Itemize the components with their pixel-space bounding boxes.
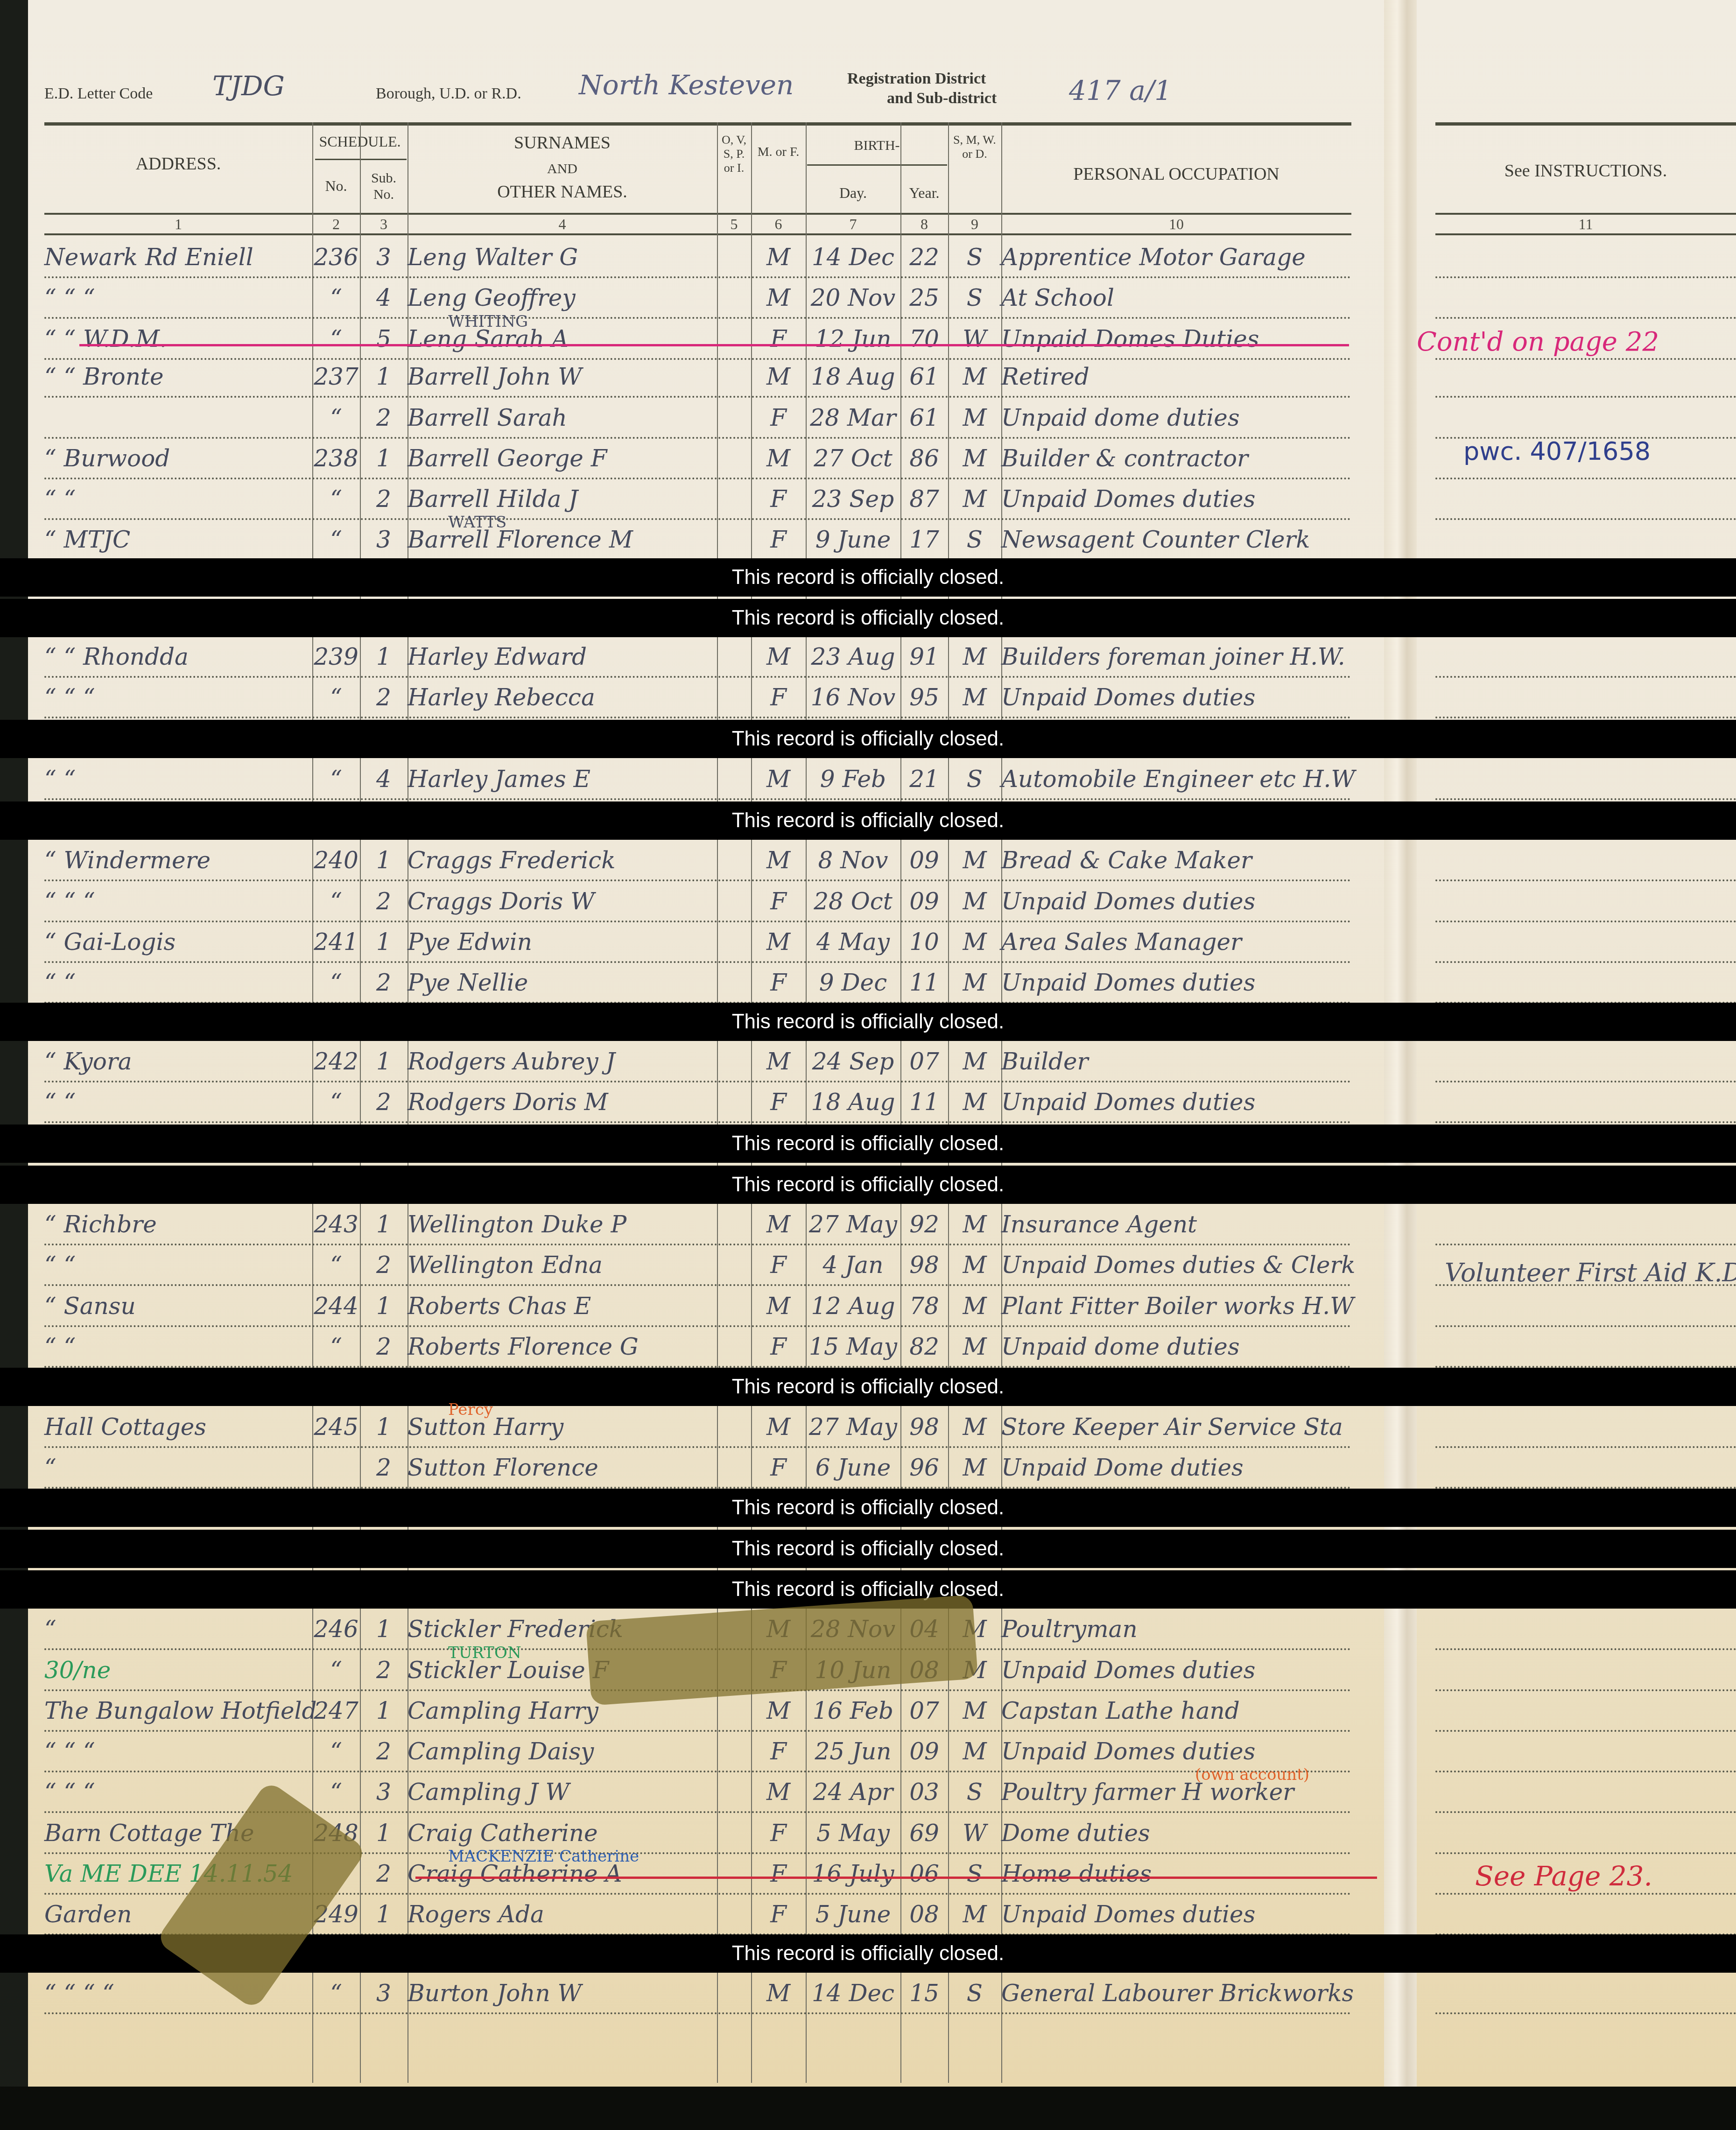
schedule-sub-cell: 1 bbox=[360, 1413, 408, 1441]
schedule-no-cell: “ bbox=[312, 325, 360, 352]
registration-value: 417 a/1 bbox=[1069, 75, 1172, 106]
schedule-sub-cell: 1 bbox=[360, 1211, 408, 1238]
birth-year-cell: 07 bbox=[900, 1048, 948, 1075]
strikethrough-line bbox=[415, 1877, 1377, 1879]
sex-cell: F bbox=[751, 1454, 806, 1481]
name-cell: Barrell Sarah bbox=[408, 404, 717, 431]
column-number: 7 bbox=[806, 216, 900, 233]
column-number: 6 bbox=[751, 216, 806, 233]
redaction-bar: This record is officially closed. bbox=[0, 1166, 1736, 1204]
row-rule bbox=[44, 676, 1351, 678]
schedule-sub-cell: 1 bbox=[360, 1293, 408, 1320]
birth-year-cell: 09 bbox=[900, 888, 948, 915]
redaction-bar: This record is officially closed. bbox=[0, 1003, 1736, 1041]
redaction-bar: This record is officially closed. bbox=[0, 1125, 1736, 1163]
marital-status-cell: W bbox=[948, 325, 1001, 352]
schedule-sub-cell: 3 bbox=[360, 1779, 408, 1806]
row-rule bbox=[1435, 921, 1736, 922]
row-rule bbox=[1435, 1811, 1736, 1813]
marital-status-cell: M bbox=[948, 1293, 1001, 1320]
address-cell: “ MTJC bbox=[44, 526, 312, 553]
header-mid-rule bbox=[44, 213, 1351, 215]
sex-cell: F bbox=[751, 684, 806, 711]
schedule-no-cell: 237 bbox=[312, 363, 360, 390]
header-top-rule bbox=[44, 122, 1351, 126]
name-cell: Craig Catherine bbox=[408, 1820, 717, 1847]
birth-day-cell: 12 Jun bbox=[806, 325, 900, 352]
birth-year-cell: 69 bbox=[900, 1820, 948, 1847]
marital-status-cell: M bbox=[948, 1048, 1001, 1075]
column-header-other-names: OTHER NAMES. bbox=[408, 182, 717, 203]
birth-day-cell: 9 Feb bbox=[806, 766, 900, 793]
sex-cell: M bbox=[751, 1211, 806, 1238]
address-cell: “ “ “ bbox=[44, 1738, 312, 1765]
schedule-sub-cell: 2 bbox=[360, 888, 408, 915]
column-number: 5 bbox=[717, 216, 751, 233]
sex-cell: M bbox=[751, 1779, 806, 1806]
margin-note-continued: Cont'd on page 22 bbox=[1417, 327, 1659, 357]
marital-status-cell: M bbox=[948, 445, 1001, 472]
row-rule bbox=[1435, 1446, 1736, 1448]
marital-status-cell: S bbox=[948, 1779, 1001, 1806]
marital-status-cell: M bbox=[948, 928, 1001, 956]
birth-year-cell: 91 bbox=[900, 643, 948, 670]
occupation-cell: Unpaid Dome duties bbox=[1001, 1454, 1356, 1481]
birth-year-cell: 03 bbox=[900, 1779, 948, 1806]
birth-day-cell: 16 Feb bbox=[806, 1697, 900, 1724]
column-header-sex: M. or F. bbox=[751, 145, 806, 160]
name-cell: Sutton Florence bbox=[408, 1454, 717, 1481]
row-rule bbox=[1435, 358, 1736, 360]
schedule-no-cell: 236 bbox=[312, 244, 360, 271]
column-header-birth: BIRTH- bbox=[806, 138, 948, 154]
address-cell: “ “ “ bbox=[44, 284, 312, 311]
schedule-no-cell: “ bbox=[312, 969, 360, 996]
schedule-no-cell: 244 bbox=[312, 1293, 360, 1320]
occupation-cell: Unpaid dome duties bbox=[1001, 1333, 1356, 1360]
row-rule bbox=[44, 1811, 1351, 1813]
occupation-cell: Retired bbox=[1001, 363, 1356, 390]
name-cell: Harley Rebecca bbox=[408, 684, 717, 711]
registration-label-1: Registration District bbox=[847, 70, 986, 88]
birth-day-cell: 14 Dec bbox=[806, 244, 900, 271]
schedule-sub-cell: 1 bbox=[360, 1697, 408, 1724]
marital-status-cell: M bbox=[948, 1738, 1001, 1765]
schedule-no-cell: 241 bbox=[312, 928, 360, 956]
birth-year-cell: 17 bbox=[900, 526, 948, 553]
marital-status-cell: M bbox=[948, 1251, 1001, 1279]
row-rule bbox=[44, 1771, 1351, 1772]
row-rule bbox=[44, 798, 1351, 800]
ed-letter-code-value: TJDG bbox=[212, 70, 285, 102]
birth-year-cell: 98 bbox=[900, 1413, 948, 1441]
schedule-no-cell: “ bbox=[312, 888, 360, 915]
census-page bbox=[28, 0, 1736, 2087]
address-cell: “ Burwood bbox=[44, 445, 312, 472]
schedule-sub-cell: 1 bbox=[360, 1820, 408, 1847]
sex-cell: F bbox=[751, 1901, 806, 1928]
schedule-sub-cell: 1 bbox=[360, 847, 408, 874]
schedule-no-cell: 239 bbox=[312, 643, 360, 670]
sex-cell: M bbox=[751, 445, 806, 472]
column-header-birth-year: Year. bbox=[900, 184, 948, 202]
row-rule bbox=[1435, 1121, 1736, 1123]
name-cell: Campling Harry bbox=[408, 1697, 717, 1724]
name-annotation: (own account) bbox=[1195, 1765, 1309, 1784]
address-cell: “ bbox=[44, 1616, 312, 1643]
address-cell: “ “ bbox=[44, 1089, 312, 1116]
sex-cell: F bbox=[751, 969, 806, 996]
birth-year-cell: 09 bbox=[900, 1738, 948, 1765]
schedule-sub-cell: 3 bbox=[360, 526, 408, 553]
registration-label-2: and Sub-district bbox=[887, 90, 997, 107]
birth-day-cell: 16 July bbox=[806, 1860, 900, 1887]
occupation-cell: Newsagent Counter Clerk bbox=[1001, 526, 1356, 553]
name-cell: Rogers Ada bbox=[408, 1901, 717, 1928]
redaction-bar: This record is officially closed. bbox=[0, 599, 1736, 637]
name-cell: Craggs Frederick bbox=[408, 847, 717, 874]
address-cell: “ Sansu bbox=[44, 1293, 312, 1320]
header-bottom-rule bbox=[44, 233, 1351, 235]
row-rule bbox=[1435, 478, 1736, 479]
birth-day-cell: 20 Nov bbox=[806, 284, 900, 311]
marital-status-cell: W bbox=[948, 1820, 1001, 1847]
occupation-cell: Capstan Lathe hand bbox=[1001, 1697, 1356, 1724]
schedule-sub-cell: 1 bbox=[360, 363, 408, 390]
row-rule bbox=[1435, 1771, 1736, 1772]
schedule-no-cell: “ bbox=[312, 284, 360, 311]
name-cell: Wellington Duke P bbox=[408, 1211, 717, 1238]
birth-day-cell: 24 Sep bbox=[806, 1048, 900, 1075]
occupation-cell: Builders foreman joiner H.W. bbox=[1001, 643, 1356, 670]
column-number: 3 bbox=[360, 216, 408, 233]
schedule-sub-cell: 4 bbox=[360, 766, 408, 793]
occupation-cell: Bread & Cake Maker bbox=[1001, 847, 1356, 874]
occupation-cell: Unpaid Domes duties bbox=[1001, 888, 1356, 915]
address-cell: “ Kyora bbox=[44, 1048, 312, 1075]
birth-year-cell: 98 bbox=[900, 1251, 948, 1279]
birth-year-cell: 78 bbox=[900, 1293, 948, 1320]
schedule-no-cell: 247 bbox=[312, 1697, 360, 1724]
schedule-sub-cell: 1 bbox=[360, 643, 408, 670]
name-cell: Harley James E bbox=[408, 766, 717, 793]
address-cell: “ “ bbox=[44, 969, 312, 996]
name-cell: Leng Walter G bbox=[408, 244, 717, 271]
address-cell: “ “ “ bbox=[44, 684, 312, 711]
name-cell: Campling Daisy bbox=[408, 1738, 717, 1765]
row-rule bbox=[1435, 1325, 1736, 1327]
schedule-sub-cell: 3 bbox=[360, 1980, 408, 2007]
birth-year-cell: 61 bbox=[900, 363, 948, 390]
row-rule bbox=[44, 437, 1351, 439]
column-header-ovspi: O, V, S, P. or I. bbox=[717, 133, 751, 175]
schedule-sub-cell: 1 bbox=[360, 1048, 408, 1075]
schedule-no-cell: 242 bbox=[312, 1048, 360, 1075]
birth-day-cell: 4 May bbox=[806, 928, 900, 956]
row-rule bbox=[1435, 676, 1736, 678]
row-rule bbox=[44, 1081, 1351, 1083]
sex-cell: F bbox=[751, 404, 806, 431]
sex-cell: F bbox=[751, 1820, 806, 1847]
birth-day-cell: 18 Aug bbox=[806, 1089, 900, 1116]
occupation-cell: Unpaid Domes duties bbox=[1001, 684, 1356, 711]
column-header-schedule-sub: Sub. No. bbox=[360, 170, 408, 203]
schedule-no-cell: “ bbox=[312, 1657, 360, 1684]
birth-year-cell: 15 bbox=[900, 1980, 948, 2007]
sex-cell: F bbox=[751, 888, 806, 915]
row-rule bbox=[1435, 798, 1736, 800]
schedule-sub-cell: 1 bbox=[360, 1901, 408, 1928]
marital-status-cell: S bbox=[948, 766, 1001, 793]
address-cell: 30/ne bbox=[44, 1657, 312, 1684]
row-rule bbox=[1435, 1852, 1736, 1854]
row-rule bbox=[44, 478, 1351, 479]
marital-status-cell: S bbox=[948, 526, 1001, 553]
birth-year-cell: 61 bbox=[900, 404, 948, 431]
address-cell: The Bungalow Hotfield bbox=[44, 1697, 312, 1724]
birth-year-cell: 82 bbox=[900, 1333, 948, 1360]
occupation-cell: Unpaid Domes duties bbox=[1001, 485, 1356, 513]
birth-day-cell: 5 June bbox=[806, 1901, 900, 1928]
birth-day-cell: 9 June bbox=[806, 526, 900, 553]
birth-year-cell: 07 bbox=[900, 1697, 948, 1724]
column-header-marital: S, M, W. or D. bbox=[948, 133, 1001, 161]
address-cell: “ “ W.D.M. bbox=[44, 325, 312, 352]
birth-day-cell: 24 Apr bbox=[806, 1779, 900, 1806]
marital-status-cell: M bbox=[948, 969, 1001, 996]
occupation-cell: Automobile Engineer etc H.W bbox=[1001, 766, 1356, 793]
marital-status-cell: M bbox=[948, 404, 1001, 431]
sex-cell: M bbox=[751, 1413, 806, 1441]
margin-note-see-page: See Page 23. bbox=[1475, 1860, 1652, 1892]
birth-year-cell: 22 bbox=[900, 244, 948, 271]
schedule-sub-cell: 2 bbox=[360, 1333, 408, 1360]
birth-year-cell: 86 bbox=[900, 445, 948, 472]
borough-label: Borough, U.D. or R.D. bbox=[376, 85, 521, 103]
name-annotation: Percy bbox=[448, 1400, 493, 1419]
row-rule bbox=[1435, 2012, 1736, 2014]
address-cell: “ “ bbox=[44, 766, 312, 793]
row-rule bbox=[44, 276, 1351, 278]
marital-status-cell: M bbox=[948, 1211, 1001, 1238]
address-cell: “ “ bbox=[44, 1251, 312, 1279]
row-rule bbox=[1435, 961, 1736, 963]
occupation-cell: Unpaid Domes duties bbox=[1001, 969, 1356, 996]
page-bottom-edge bbox=[0, 2087, 1736, 2130]
name-cell: Pye Nellie bbox=[408, 969, 717, 996]
sex-cell: F bbox=[751, 485, 806, 513]
name-cell: Pye Edwin bbox=[408, 928, 717, 956]
birth-day-cell: 14 Dec bbox=[806, 1980, 900, 2007]
column-header-and: AND bbox=[408, 161, 717, 177]
schedule-sub-cell: 2 bbox=[360, 485, 408, 513]
sex-cell: M bbox=[751, 363, 806, 390]
marital-status-cell: M bbox=[948, 643, 1001, 670]
sex-cell: F bbox=[751, 325, 806, 352]
row-rule bbox=[1435, 276, 1736, 278]
row-rule bbox=[44, 717, 1351, 718]
row-rule bbox=[1435, 879, 1736, 881]
sex-cell: M bbox=[751, 1980, 806, 2007]
sex-cell: F bbox=[751, 1251, 806, 1279]
marital-status-cell: M bbox=[948, 1333, 1001, 1360]
schedule-no-cell: “ bbox=[312, 404, 360, 431]
schedule-no-cell: “ bbox=[312, 1089, 360, 1116]
redaction-bar: This record is officially closed. bbox=[0, 801, 1736, 840]
occupation-cell: Poultryman bbox=[1001, 1616, 1356, 1643]
name-cell: Barrell George F bbox=[408, 445, 717, 472]
address-cell: “ “ bbox=[44, 485, 312, 513]
birth-year-cell: 09 bbox=[900, 847, 948, 874]
schedule-sub-cell: 5 bbox=[360, 325, 408, 352]
schedule-no-cell: “ bbox=[312, 684, 360, 711]
birth-year-cell: 25 bbox=[900, 284, 948, 311]
birth-day-cell: 23 Aug bbox=[806, 643, 900, 670]
birth-day-cell: 27 Oct bbox=[806, 445, 900, 472]
schedule-sub-cell: 1 bbox=[360, 1616, 408, 1643]
occupation-cell: Dome duties bbox=[1001, 1820, 1356, 1847]
column-header-instructions: See INSTRUCTIONS. bbox=[1435, 161, 1736, 182]
birth-day-cell: 25 Jun bbox=[806, 1738, 900, 1765]
marital-status-cell: M bbox=[948, 1089, 1001, 1116]
occupation-cell: Unpaid dome duties bbox=[1001, 404, 1356, 431]
marital-status-cell: S bbox=[948, 244, 1001, 271]
birth-day-cell: 27 May bbox=[806, 1211, 900, 1238]
birth-day-cell: 6 June bbox=[806, 1454, 900, 1481]
row-rule bbox=[44, 1244, 1351, 1245]
birth-year-cell: 11 bbox=[900, 969, 948, 996]
redaction-bar: This record is officially closed. bbox=[0, 1530, 1736, 1568]
address-cell: Hall Cottages bbox=[44, 1413, 312, 1441]
schedule-no-cell: “ bbox=[312, 1980, 360, 2007]
row-rule bbox=[1435, 1893, 1736, 1895]
schedule-no-cell: 246 bbox=[312, 1616, 360, 1643]
occupation-cell: Store Keeper Air Service Sta bbox=[1001, 1413, 1356, 1441]
schedule-sub-cell: 2 bbox=[360, 1738, 408, 1765]
birth-day-cell: 12 Aug bbox=[806, 1293, 900, 1320]
address-cell: “ Gai-Logis bbox=[44, 928, 312, 956]
schedule-sub-cell: 4 bbox=[360, 284, 408, 311]
name-cell: Barrell Hilda J bbox=[408, 485, 717, 513]
sex-cell: M bbox=[751, 643, 806, 670]
schedule-sub-cell: 2 bbox=[360, 1089, 408, 1116]
occupation-cell: At School bbox=[1001, 284, 1356, 311]
redaction-bar: This record is officially closed. bbox=[0, 1489, 1736, 1527]
birth-day-cell: 9 Dec bbox=[806, 969, 900, 996]
birth-year-cell: 96 bbox=[900, 1454, 948, 1481]
marital-status-cell: M bbox=[948, 1413, 1001, 1441]
birth-year-cell: 10 bbox=[900, 928, 948, 956]
row-rule bbox=[1435, 317, 1736, 319]
row-rule bbox=[44, 1730, 1351, 1732]
borough-value: North Kesteven bbox=[579, 69, 794, 101]
name-cell: Roberts Chas E bbox=[408, 1293, 717, 1320]
sex-cell: M bbox=[751, 847, 806, 874]
occupation-cell: Apprentice Motor Garage bbox=[1001, 244, 1356, 271]
occupation-cell: Unpaid Domes duties bbox=[1001, 1738, 1356, 1765]
birth-year-cell: 95 bbox=[900, 684, 948, 711]
marital-status-cell: M bbox=[948, 363, 1001, 390]
row-rule bbox=[44, 961, 1351, 963]
name-cell: Roberts Florence G bbox=[408, 1333, 717, 1360]
birth-year-cell: 06 bbox=[900, 1860, 948, 1887]
occupation-cell: General Labourer Brickworks bbox=[1001, 1980, 1356, 2007]
row-rule bbox=[1435, 1730, 1736, 1732]
row-rule bbox=[44, 1446, 1351, 1448]
redaction-bar: This record is officially closed. bbox=[0, 1368, 1736, 1406]
occupation-cell: Unpaid Domes duties bbox=[1001, 1657, 1356, 1684]
birth-day-cell: 4 Jan bbox=[806, 1251, 900, 1279]
occupation-cell: Unpaid Domes Duties bbox=[1001, 325, 1356, 352]
sex-cell: M bbox=[751, 284, 806, 311]
birth-day-cell: 28 Mar bbox=[806, 404, 900, 431]
header-bottom-rule-right bbox=[1435, 233, 1736, 235]
schedule-sub-rule bbox=[315, 159, 407, 160]
marital-status-cell: M bbox=[948, 1901, 1001, 1928]
schedule-no-cell: “ bbox=[312, 1779, 360, 1806]
occupation-cell: Area Sales Manager bbox=[1001, 928, 1356, 956]
marital-status-cell: M bbox=[948, 1454, 1001, 1481]
address-cell: “ Richbre bbox=[44, 1211, 312, 1238]
schedule-no-cell: “ bbox=[312, 766, 360, 793]
marital-status-cell: S bbox=[948, 1980, 1001, 2007]
marital-status-cell: M bbox=[948, 485, 1001, 513]
birth-day-cell: 16 Nov bbox=[806, 684, 900, 711]
name-cell: Harley Edward bbox=[408, 643, 717, 670]
name-cell: Barrell John W bbox=[408, 363, 717, 390]
schedule-sub-cell: 2 bbox=[360, 969, 408, 996]
address-cell: “ “ Bronte bbox=[44, 363, 312, 390]
column-header-birth-day: Day. bbox=[806, 184, 900, 202]
binding-strip bbox=[0, 0, 28, 2130]
schedule-sub-cell: 2 bbox=[360, 1657, 408, 1684]
row-rule bbox=[1435, 396, 1736, 398]
sex-cell: F bbox=[751, 1860, 806, 1887]
address-cell: “ Windermere bbox=[44, 847, 312, 874]
occupation-cell: Insurance Agent bbox=[1001, 1211, 1356, 1238]
name-cell: Craggs Doris W bbox=[408, 888, 717, 915]
birth-day-cell: 5 May bbox=[806, 1820, 900, 1847]
sex-cell: M bbox=[751, 1697, 806, 1724]
row-rule bbox=[1435, 1244, 1736, 1245]
schedule-no-cell: 245 bbox=[312, 1413, 360, 1441]
schedule-sub-cell: 2 bbox=[360, 1251, 408, 1279]
marital-status-cell: M bbox=[948, 888, 1001, 915]
name-cell: Burton John W bbox=[408, 1980, 717, 2007]
schedule-no-cell: 238 bbox=[312, 445, 360, 472]
occupation-cell: Plant Fitter Boiler works H.W bbox=[1001, 1293, 1356, 1320]
schedule-no-cell: “ bbox=[312, 485, 360, 513]
column-number: 8 bbox=[900, 216, 948, 233]
marital-status-cell: M bbox=[948, 847, 1001, 874]
birth-day-cell: 8 Nov bbox=[806, 847, 900, 874]
birth-year-cell: 11 bbox=[900, 1089, 948, 1116]
name-cell: Campling J W bbox=[408, 1779, 717, 1806]
column-number: 4 bbox=[408, 216, 717, 233]
column-number: 10 bbox=[1001, 216, 1351, 233]
header-mid-rule-right bbox=[1435, 213, 1736, 215]
column-number: 2 bbox=[312, 216, 360, 233]
birth-year-cell: 87 bbox=[900, 485, 948, 513]
page-fold bbox=[1384, 0, 1417, 2087]
marital-status-cell: S bbox=[948, 284, 1001, 311]
schedule-sub-cell: 2 bbox=[360, 404, 408, 431]
schedule-no-cell: “ bbox=[312, 1738, 360, 1765]
column-number: 11 bbox=[1435, 216, 1736, 233]
row-rule bbox=[44, 879, 1351, 881]
row-rule bbox=[1435, 1081, 1736, 1083]
name-cell: Wellington Edna bbox=[408, 1251, 717, 1279]
